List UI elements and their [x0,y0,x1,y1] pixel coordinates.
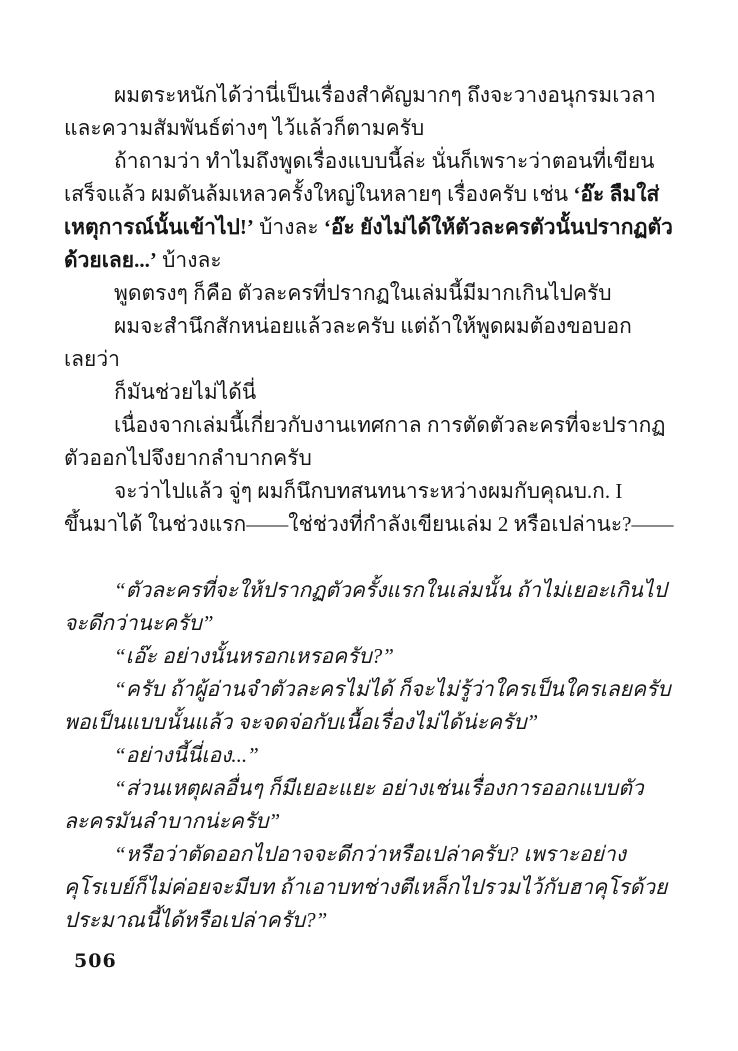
text-segment: ผมจะสำนึกสักหน่อยแล้วละครับ แต่ถ้าให้พูด… [114,314,632,338]
text-line: “ครับ ถ้าผู้อ่านจำตัวละครไม่ได้ ก็จะไม่ร… [64,673,676,706]
text-line: เสร็จแล้ว ผมดันล้มเหลวครั้งใหญ่ในหลายๆ เ… [64,178,676,211]
text-segment: เนื่องจากเล่มนี้เกี่ยวกับงานเทศกาล การตั… [114,413,665,437]
text-line: ก็มันช่วยไม่ได้นี่ [64,376,676,409]
bold-text-segment: ‘อ๊ะ ยังไม่ได้ให้ตัวละครตัวนั้นปรากฏตัว [324,215,673,239]
text-segment: พูดตรงๆ ก็คือ ตัวละครที่ปรากฏในเล่มนี้มี… [114,281,612,305]
text-segment: คุโรเบย์ก็ไม่ค่อยจะมีบท ถ้าเอาบทช่างตีเห… [64,875,667,899]
text-segment: ตัวออกไปจึงยากลำบากครับ [64,446,312,470]
paragraph: ผมจะสำนึกสักหน่อยแล้วละครับ แต่ถ้าให้พูด… [64,310,676,376]
text-line: พอเป็นแบบนั้นแล้ว จะจดจ่อกับเนื้อเรื่องไ… [64,706,676,739]
text-line: “ตัวละครที่จะให้ปรากฏตัวครั้งแรกในเล่มนั… [64,574,676,607]
text-segment: ประมาณนี้ได้หรือเปล่าครับ?” [64,908,327,932]
text-segment: ขึ้นมาได้ ในช่วงแรก——ใช่ช่วงที่กำลังเขีย… [64,512,673,536]
text-segment: จะว่าไปแล้ว จู่ๆ ผมก็นึกบทสนทนาระหว่างผม… [114,479,622,503]
text-line: จะดีกว่านะครับ” [64,607,676,640]
text-line: ประมาณนี้ได้หรือเปล่าครับ?” [64,904,676,937]
text-line: คุโรเบย์ก็ไม่ค่อยจะมีบท ถ้าเอาบทช่างตีเห… [64,871,676,904]
text-segment: พอเป็นแบบนั้นแล้ว จะจดจ่อกับเนื้อเรื่องไ… [64,710,538,734]
text-line: “หรือว่าตัดออกไปอาจจะดีกว่าหรือเปล่าครับ… [64,838,676,871]
text-segment: “ครับ ถ้าผู้อ่านจำตัวละครไม่ได้ ก็จะไม่ร… [114,677,671,701]
text-line: “เอ๊ะ อย่างนั้นหรอกเหรอครับ?” [64,640,676,673]
text-block: ผมตระหนักได้ว่านี่เป็นเรื่องสำคัญมากๆ ถึ… [64,79,676,937]
text-segment: “อย่างนี้นี่เอง...” [114,743,259,767]
dialogue-paragraph: “ครับ ถ้าผู้อ่านจำตัวละครไม่ได้ ก็จะไม่ร… [64,673,676,739]
bold-text-segment: ‘อ๊ะ ลืมใส่ [573,182,659,206]
text-line: ตัวออกไปจึงยากลำบากครับ [64,442,676,475]
text-line: เหตุการณ์นั้นเข้าไป!’ บ้างละ ‘อ๊ะ ยังไม่… [64,211,676,244]
text-line: จะว่าไปแล้ว จู่ๆ ผมก็นึกบทสนทนาระหว่างผม… [64,475,676,508]
paragraph: จะว่าไปแล้ว จู่ๆ ผมก็นึกบทสนทนาระหว่างผม… [64,475,676,541]
book-page: ผมตระหนักได้ว่านี่เป็นเรื่องสำคัญมากๆ ถึ… [0,0,738,1051]
paragraph: ก็มันช่วยไม่ได้นี่ [64,376,676,409]
text-segment: “เอ๊ะ อย่างนั้นหรอกเหรอครับ?” [114,644,394,668]
text-line: ผมจะสำนึกสักหน่อยแล้วละครับ แต่ถ้าให้พูด… [64,310,676,343]
paragraph: ถ้าถามว่า ทำไมถึงพูดเรื่องแบบนี้ล่ะ นั่น… [64,145,676,277]
text-line: ละครมันลำบากน่ะครับ” [64,805,676,838]
dialogue-paragraph: “อย่างนี้นี่เอง...” [64,739,676,772]
paragraph-spacer [64,541,676,574]
text-line: เนื่องจากเล่มนี้เกี่ยวกับงานเทศกาล การตั… [64,409,676,442]
text-line: เลยว่า [64,343,676,376]
text-segment: เสร็จแล้ว ผมดันล้มเหลวครั้งใหญ่ในหลายๆ เ… [64,182,573,206]
paragraph: พูดตรงๆ ก็คือ ตัวละครที่ปรากฏในเล่มนี้มี… [64,277,676,310]
text-line: “อย่างนี้นี่เอง...” [64,739,676,772]
text-line: ถ้าถามว่า ทำไมถึงพูดเรื่องแบบนี้ล่ะ นั่น… [64,145,676,178]
text-line: “ส่วนเหตุผลอื่นๆ ก็มีเยอะแยะ อย่างเช่นเร… [64,772,676,805]
page-number: 506 [74,950,117,972]
text-segment: บ้างละ [157,248,222,272]
text-segment: ถ้าถามว่า ทำไมถึงพูดเรื่องแบบนี้ล่ะ นั่น… [114,149,654,173]
paragraph: ผมตระหนักได้ว่านี่เป็นเรื่องสำคัญมากๆ ถึ… [64,79,676,145]
bold-text-segment: ด้วยเลย...’ [64,248,157,272]
text-segment: จะดีกว่านะครับ” [64,611,214,635]
text-segment: เลยว่า [64,347,120,371]
text-segment: “ตัวละครที่จะให้ปรากฏตัวครั้งแรกในเล่มนั… [114,578,667,602]
text-line: และความสัมพันธ์ต่างๆ ไว้แล้วก็ตามครับ [64,112,676,145]
dialogue-paragraph: “ส่วนเหตุผลอื่นๆ ก็มีเยอะแยะ อย่างเช่นเร… [64,772,676,838]
text-segment: ผมตระหนักได้ว่านี่เป็นเรื่องสำคัญมากๆ ถึ… [114,83,656,107]
text-segment: บ้างละ [254,215,324,239]
dialogue-paragraph: “หรือว่าตัดออกไปอาจจะดีกว่าหรือเปล่าครับ… [64,838,676,937]
text-segment: “หรือว่าตัดออกไปอาจจะดีกว่าหรือเปล่าครับ… [114,842,626,866]
text-segment: และความสัมพันธ์ต่างๆ ไว้แล้วก็ตามครับ [64,116,424,140]
bold-text-segment: เหตุการณ์นั้นเข้าไป!’ [64,215,254,239]
text-segment: ละครมันลำบากน่ะครับ” [64,809,280,833]
text-segment: “ส่วนเหตุผลอื่นๆ ก็มีเยอะแยะ อย่างเช่นเร… [114,776,644,800]
text-line: ด้วยเลย...’ บ้างละ [64,244,676,277]
text-line: ขึ้นมาได้ ในช่วงแรก——ใช่ช่วงที่กำลังเขีย… [64,508,676,541]
text-segment: ก็มันช่วยไม่ได้นี่ [114,380,256,404]
paragraph: เนื่องจากเล่มนี้เกี่ยวกับงานเทศกาล การตั… [64,409,676,475]
text-line: ผมตระหนักได้ว่านี่เป็นเรื่องสำคัญมากๆ ถึ… [64,79,676,112]
text-line: พูดตรงๆ ก็คือ ตัวละครที่ปรากฏในเล่มนี้มี… [64,277,676,310]
dialogue-paragraph: “ตัวละครที่จะให้ปรากฏตัวครั้งแรกในเล่มนั… [64,574,676,640]
dialogue-paragraph: “เอ๊ะ อย่างนั้นหรอกเหรอครับ?” [64,640,676,673]
